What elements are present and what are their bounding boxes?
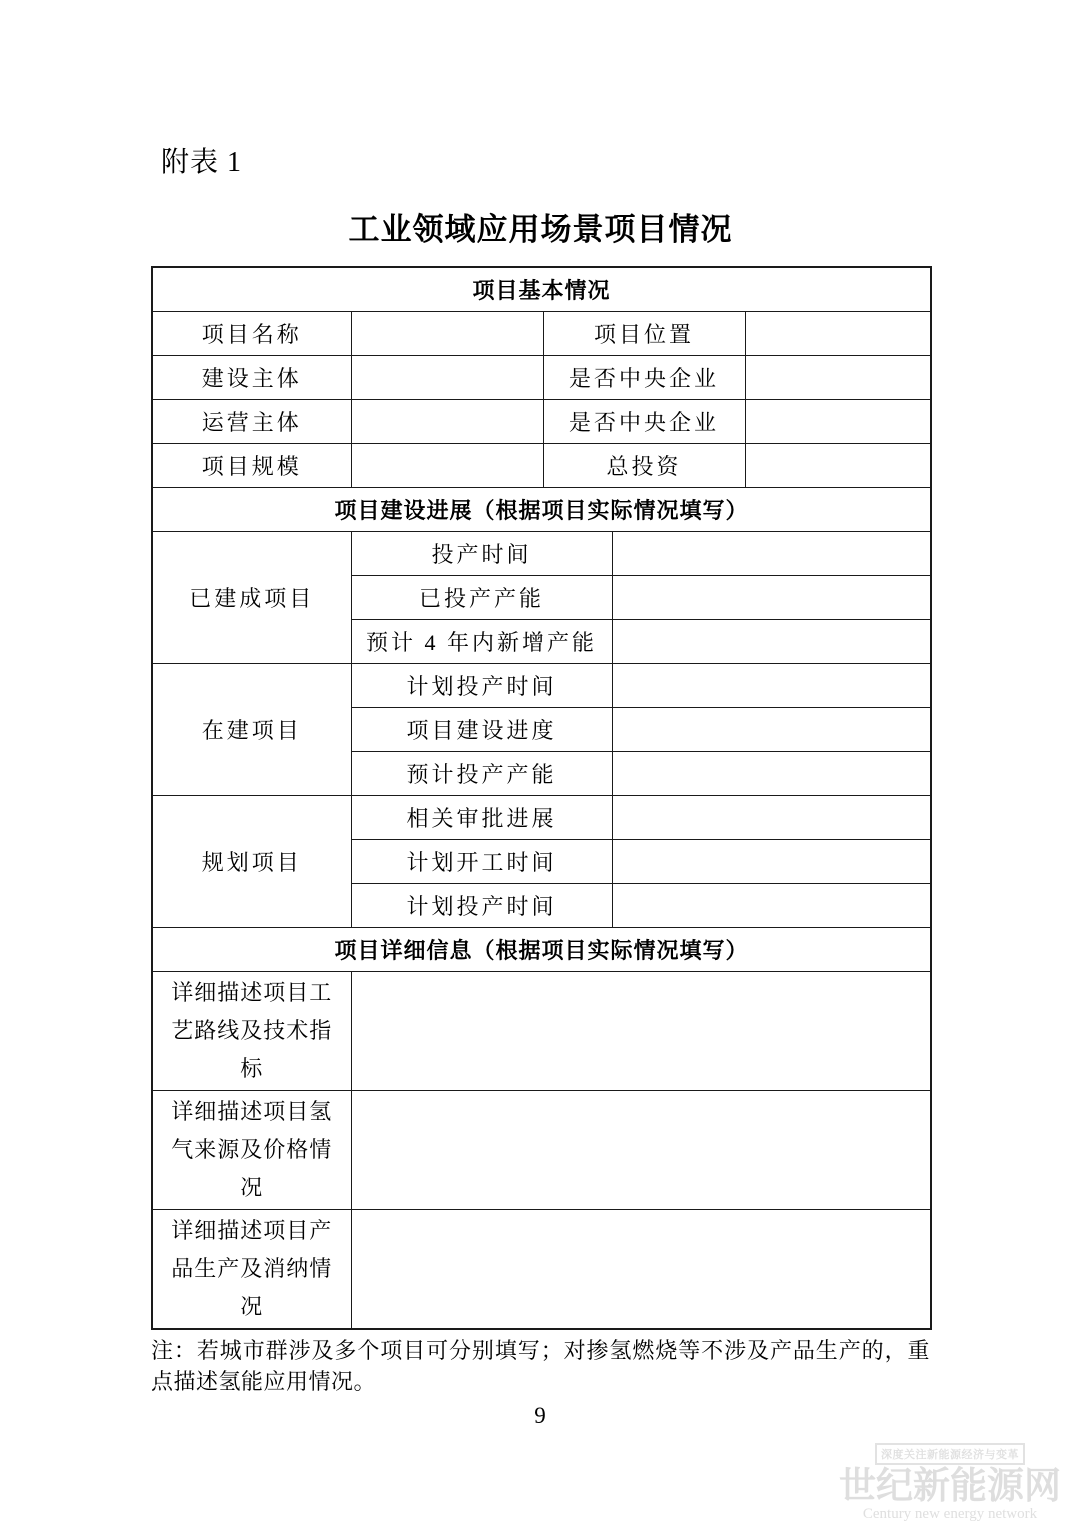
table-row: 项目详细信息（根据项目实际情况填写） xyxy=(152,927,931,971)
field-label-project-scale: 项目规模 xyxy=(152,443,351,487)
table-row: 项目基本情况 xyxy=(152,267,931,311)
section-header-construction-progress: 项目建设进展（根据项目实际情况填写） xyxy=(152,487,931,531)
table-row: 详细描述项目工艺路线及技术指标 xyxy=(152,971,931,1090)
page-number: 9 xyxy=(0,1403,1080,1429)
table-row: 在建项目 计划投产时间 xyxy=(152,663,931,707)
group-label-planned-project: 规划项目 xyxy=(152,795,351,927)
group-label-completed-project: 已建成项目 xyxy=(152,531,351,663)
input-cell-expected-new-capacity-4years xyxy=(612,619,931,663)
input-cell-project-scale xyxy=(351,443,543,487)
page-title: 工业领域应用场景项目情况 xyxy=(151,204,930,249)
input-cell-total-investment xyxy=(745,443,931,487)
field-label-commissioned-capacity: 已投产产能 xyxy=(351,575,612,619)
table-footnote: 注：若城市群涉及多个项目可分别填写；对掺氢燃烧等不涉及产品生产的，重点描述氢能应… xyxy=(151,1335,930,1397)
input-cell-planned-start-time xyxy=(612,839,931,883)
field-label-project-location: 项目位置 xyxy=(543,311,745,355)
input-cell-project-name xyxy=(351,311,543,355)
section-header-basic-info: 项目基本情况 xyxy=(152,267,931,311)
group-label-under-construction-project: 在建项目 xyxy=(152,663,351,795)
field-label-product-consumption: 详细描述项目产品生产及消纳情况 xyxy=(152,1209,351,1329)
field-label-project-name: 项目名称 xyxy=(152,311,351,355)
field-label-production-start-time: 投产时间 xyxy=(351,531,612,575)
document-content: 附表 1 工业领域应用场景项目情况 项目基本情况 项目名称 项目位置 建设主体 … xyxy=(151,0,930,1397)
input-cell-central-enterprise-1 xyxy=(745,355,931,399)
table-row: 建设主体 是否中央企业 xyxy=(152,355,931,399)
field-label-construction-progress: 项目建设进度 xyxy=(351,707,612,751)
field-label-construction-entity: 建设主体 xyxy=(152,355,351,399)
table-row: 运营主体 是否中央企业 xyxy=(152,399,931,443)
watermark-brand-logo: 世纪新能源网 xyxy=(835,1466,1065,1506)
field-label-planned-production-time: 计划投产时间 xyxy=(351,663,612,707)
watermark-slogan: 深度关注新能源经济与变革 xyxy=(875,1443,1025,1465)
section-header-detail-info: 项目详细信息（根据项目实际情况填写） xyxy=(152,927,931,971)
watermark: 深度关注新能源经济与变革 世纪新能源网 Century new energy n… xyxy=(835,1443,1065,1523)
field-label-central-enterprise-2: 是否中央企业 xyxy=(543,399,745,443)
input-cell-planned-production-time xyxy=(612,663,931,707)
field-label-planned-start-time: 计划开工时间 xyxy=(351,839,612,883)
field-label-approval-progress: 相关审批进展 xyxy=(351,795,612,839)
table-row: 项目建设进展（根据项目实际情况填写） xyxy=(152,487,931,531)
input-cell-project-location xyxy=(745,311,931,355)
annex-label: 附表 1 xyxy=(151,140,930,180)
input-cell-construction-progress xyxy=(612,707,931,751)
field-label-total-investment: 总投资 xyxy=(543,443,745,487)
project-form-table: 项目基本情况 项目名称 项目位置 建设主体 是否中央企业 运营主体 是否中央企业 xyxy=(151,266,932,1330)
field-label-planned-production-time-2: 计划投产时间 xyxy=(351,883,612,927)
field-label-hydrogen-source-price: 详细描述项目氢气来源及价格情况 xyxy=(152,1090,351,1209)
input-cell-central-enterprise-2 xyxy=(745,399,931,443)
field-label-expected-new-capacity-4years: 预计 4 年内新增产能 xyxy=(351,619,612,663)
field-label-process-route: 详细描述项目工艺路线及技术指标 xyxy=(152,971,351,1090)
input-cell-operation-entity xyxy=(351,399,543,443)
table-row: 已建成项目 投产时间 xyxy=(152,531,931,575)
input-cell-product-consumption xyxy=(351,1209,931,1329)
watermark-subtitle: Century new energy network xyxy=(835,1506,1065,1523)
field-label-expected-production-capacity: 预计投产产能 xyxy=(351,751,612,795)
field-label-central-enterprise-1: 是否中央企业 xyxy=(543,355,745,399)
table-row: 规划项目 相关审批进展 xyxy=(152,795,931,839)
input-cell-approval-progress xyxy=(612,795,931,839)
input-cell-expected-production-capacity xyxy=(612,751,931,795)
input-cell-planned-production-time-2 xyxy=(612,883,931,927)
field-label-operation-entity: 运营主体 xyxy=(152,399,351,443)
table-row: 详细描述项目氢气来源及价格情况 xyxy=(152,1090,931,1209)
table-row: 详细描述项目产品生产及消纳情况 xyxy=(152,1209,931,1329)
input-cell-construction-entity xyxy=(351,355,543,399)
input-cell-hydrogen-source-price xyxy=(351,1090,931,1209)
table-row: 项目名称 项目位置 xyxy=(152,311,931,355)
table-row: 项目规模 总投资 xyxy=(152,443,931,487)
document-page: 附表 1 工业领域应用场景项目情况 项目基本情况 项目名称 项目位置 建设主体 … xyxy=(0,0,1080,1527)
input-cell-production-start-time xyxy=(612,531,931,575)
input-cell-process-route xyxy=(351,971,931,1090)
input-cell-commissioned-capacity xyxy=(612,575,931,619)
